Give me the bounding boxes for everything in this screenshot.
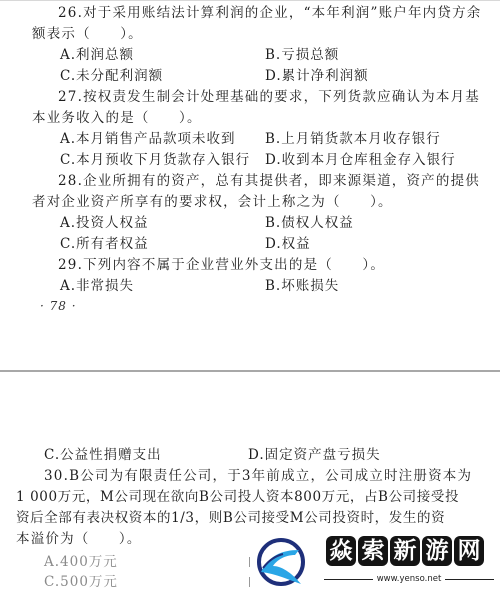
watermark: 焱 索 新 游 网 www.yenso.net: [250, 530, 500, 596]
q29-option-a: A.非常损失: [60, 277, 134, 295]
q29-option-b: B.坏账损失: [265, 277, 339, 295]
rule-right: [445, 579, 494, 580]
question-28-text-cont: 者对企业资产所享有的要求权，会计上称之为（ ）。: [32, 193, 393, 211]
q27-option-a: A.本月销售产品款项未收到: [60, 130, 236, 148]
watermark-char: 索: [358, 536, 388, 566]
watermark-char: 网: [454, 536, 484, 566]
question-30-text-cont-3: 本溢价为（ ）。: [16, 530, 142, 548]
question-30-text: 30.B公司为有限责任公司，于3年前成立，公司成立时注册资本为: [44, 467, 472, 485]
q27-option-b: B.上月销货款本月收存银行: [265, 130, 441, 148]
watermark-url-row: www.yenso.net: [324, 572, 494, 586]
q26-option-d: D.累计净利润额: [265, 67, 369, 85]
yenso-logo-icon: [255, 536, 307, 588]
question-30-text-cont-2: 资后全部有表决权资本的1/3，则B公司接受M公司投资时，发生的资: [16, 509, 445, 527]
top-page: 26.对于采用账结法计算利润的企业，“本年利润”账户年内贷方余 额表示（ ）。 …: [0, 0, 500, 371]
q26-option-c: C.未分配利润额: [60, 67, 163, 85]
question-27-text: 27.按权责发生制会计处理基础的要求，下列货款应确认为本月基: [58, 88, 480, 106]
question-27-text-cont: 本业务收入的是（ ）。: [32, 109, 202, 127]
question-29-text: 29.下列内容不属于企业营业外支出的是（ ）。: [58, 256, 385, 274]
q26-option-b: B.亏损总额: [265, 46, 339, 64]
q27-option-c: C.本月预收下月货款存入银行: [60, 151, 250, 169]
q26-option-a: A.利润总额: [60, 46, 134, 64]
watermark-url: www.yenso.net: [373, 574, 446, 584]
watermark-char: 焱: [326, 536, 356, 566]
q27-option-d: D.收到本月仓库租金存入银行: [265, 151, 456, 169]
q28-option-d: D.权益: [265, 235, 311, 253]
q28-option-b: B.债权人权益: [265, 214, 354, 232]
rule-left: [324, 579, 373, 580]
question-26-text-cont: 额表示（ ）。: [32, 25, 143, 43]
question-30-text-cont-1: 1 000万元，M公司现在欲向B公司投人资本800万元，占B公司接受投: [16, 488, 459, 506]
page-number: · 78 ·: [40, 299, 77, 313]
watermark-title: 焱 索 新 游 网: [326, 536, 484, 566]
watermark-char: 游: [422, 536, 452, 566]
question-28-text: 28.企业所拥有的资产，总有其提供者，即来源渠道，资产的提供: [58, 172, 480, 190]
q30-option-a: A.400万元: [44, 553, 118, 571]
q28-option-c: C.所有者权益: [60, 235, 149, 253]
watermark-char: 新: [390, 536, 420, 566]
q29-option-c: C.公益性捐赠支出: [44, 446, 162, 464]
q28-option-a: A.投资人权益: [60, 214, 149, 232]
q30-option-c: C.500万元: [44, 573, 118, 591]
q29-option-d: D.固定资产盘亏损失: [248, 446, 381, 464]
question-26-text: 26.对于采用账结法计算利润的企业，“本年利润”账户年内贷方余: [58, 4, 481, 22]
